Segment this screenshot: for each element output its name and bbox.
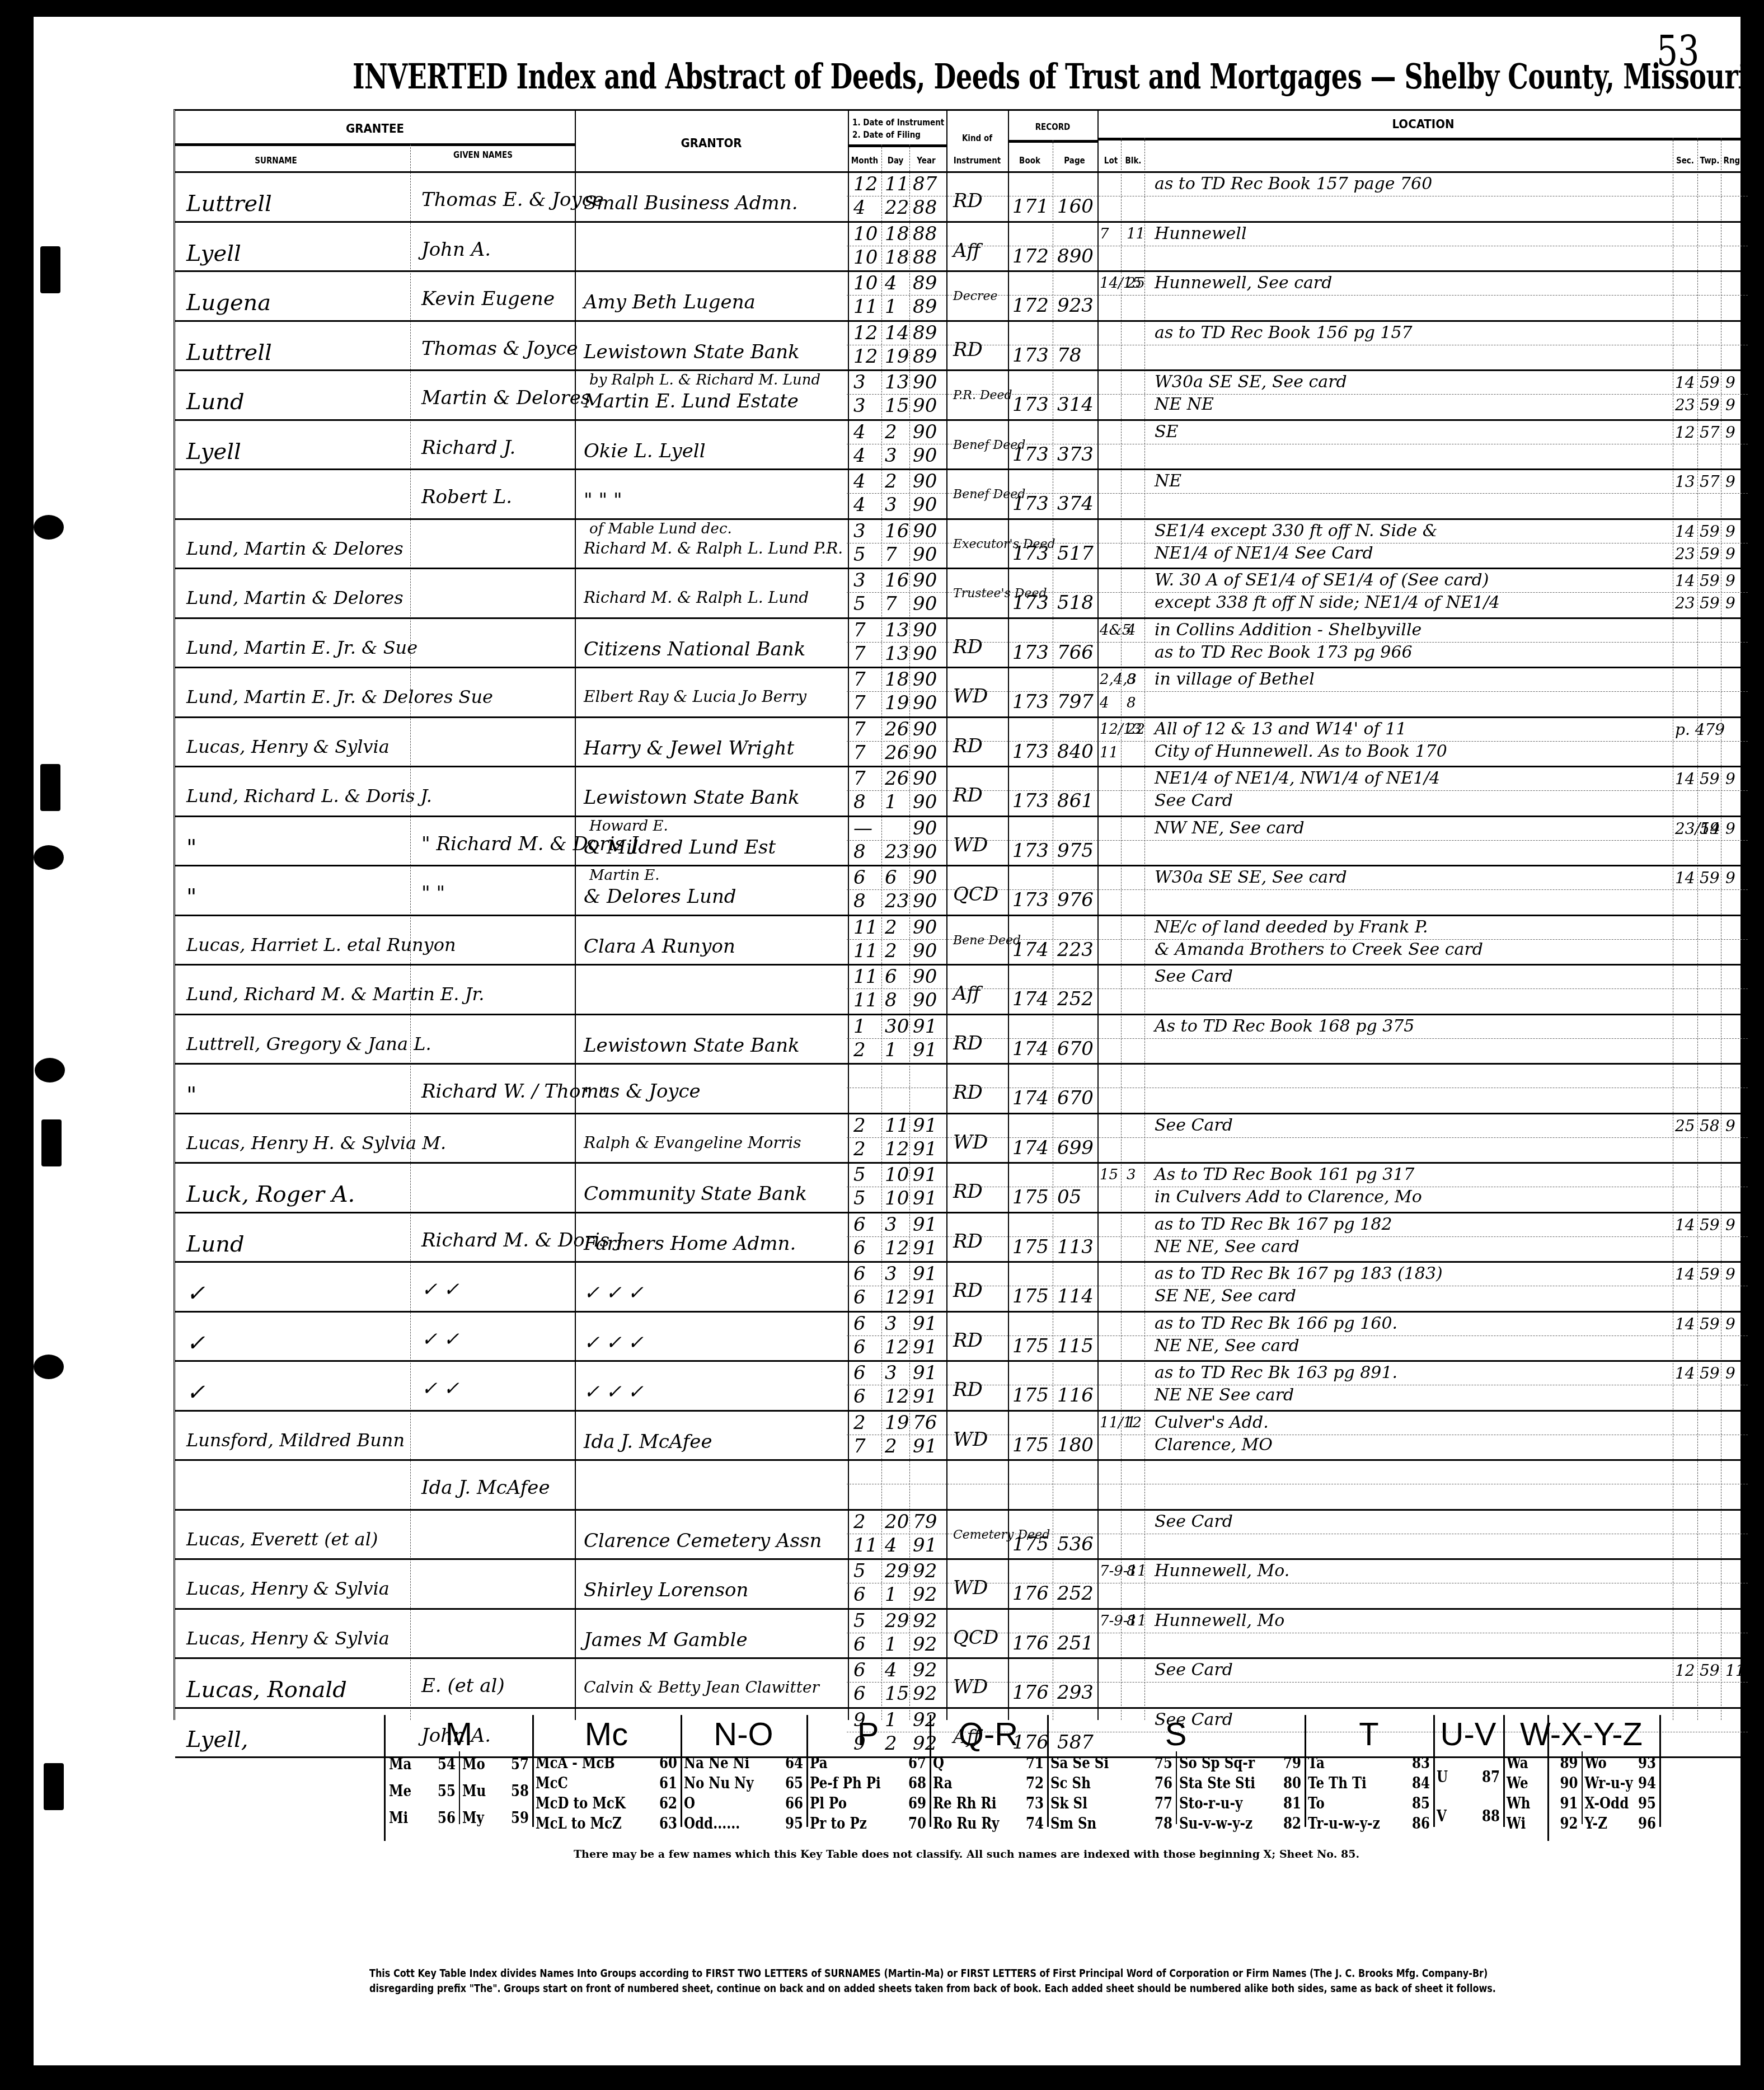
location-section: 14: [1675, 1316, 1695, 1332]
record-page: 840: [1057, 742, 1094, 761]
header-divider: [1099, 138, 1748, 140]
grantee-surname: Lucas, Harriet L. etal Runyon: [186, 936, 456, 954]
record-page: 180: [1057, 1436, 1094, 1455]
row-midline: [847, 394, 1748, 395]
key-table: There may be a few names which this Key …: [384, 1715, 1549, 1841]
header-bottom-line: [175, 171, 1748, 173]
grantee-surname: Lunsford, Mildred Bunn: [186, 1431, 405, 1449]
key-entry-letters: O: [684, 1794, 695, 1812]
binder-hole-icon: [34, 845, 64, 870]
record-book: 173: [1012, 891, 1049, 910]
location-block: 8: [1127, 696, 1136, 710]
location-description: W30a SE SE, See card: [1155, 374, 1347, 391]
key-entry: McA - McB 60: [536, 1754, 677, 1772]
date-filing: 90: [913, 941, 937, 960]
date-instrument: 90: [913, 720, 937, 739]
row-midline: [847, 1236, 1748, 1237]
date-filing: 89: [913, 347, 937, 366]
record-book: 173: [1012, 841, 1049, 860]
grantee-surname: Lund, Martin & Delores: [186, 540, 404, 557]
instrument-kind: WD: [953, 1677, 988, 1697]
header-day: Day: [881, 156, 909, 166]
key-entry: Wi 92: [1507, 1815, 1578, 1833]
key-entry-sheet: 64: [785, 1754, 803, 1772]
header-divider: [848, 144, 946, 147]
date-instrument: 90: [913, 373, 937, 392]
date-filing: 91: [913, 1338, 937, 1357]
location-description: NE NE, See card: [1155, 1239, 1299, 1255]
date-filing: 91: [913, 1189, 937, 1208]
date-instrument: 2: [885, 423, 897, 442]
date-instrument: —: [853, 819, 872, 838]
key-entry-sheet: 87: [1482, 1768, 1500, 1786]
instrument-kind: Bene Deed: [953, 935, 1021, 947]
row-midline: [847, 345, 1748, 345]
date-filing: 7: [853, 1437, 866, 1456]
date-filing: 5: [853, 594, 866, 613]
date-instrument: 3: [885, 1314, 897, 1333]
date-instrument: 91: [913, 1116, 937, 1135]
location-description: See Card: [1155, 968, 1233, 985]
record-book: 175: [1012, 1436, 1049, 1455]
grantor-name: Farmers Home Admn.: [584, 1234, 796, 1253]
key-entry-letters: We: [1507, 1774, 1528, 1792]
record-book: 172: [1012, 296, 1049, 315]
date-filing: 90: [913, 842, 937, 861]
location-range: 9: [1725, 870, 1735, 886]
grantee-given-names: ✓ ✓: [421, 1379, 459, 1398]
binder-hole-icon: [34, 1355, 64, 1379]
key-entry: Mo 57: [462, 1755, 529, 1773]
key-entry: My 59: [462, 1809, 529, 1827]
date-instrument: 87: [913, 175, 937, 194]
date-instrument: 89: [913, 274, 937, 293]
page-title: INVERTED Index and Abstract of Deeds, De…: [353, 56, 1747, 97]
key-column-divider: [459, 1751, 460, 1824]
date-instrument: 10: [885, 1165, 909, 1184]
record-book: 176: [1012, 1634, 1049, 1653]
date-instrument: 90: [913, 621, 937, 640]
key-group-heading: W-X-Y-Z: [1503, 1718, 1659, 1751]
record-page: 116: [1057, 1386, 1094, 1405]
location-lot: 4: [1100, 696, 1109, 710]
instrument-kind: RD: [953, 1034, 983, 1053]
location-description: All of 12 & 13 and W14' of 11: [1155, 721, 1406, 738]
key-entry-letters: Re Rh Ri: [933, 1794, 996, 1812]
date-filing: 6: [853, 1387, 866, 1406]
date-filing: 10: [885, 1189, 909, 1208]
key-entry-sheet: 80: [1283, 1774, 1301, 1792]
date-filing: 12: [853, 347, 878, 366]
footer-line-1: This Cott Key Table Index divides Names …: [369, 1966, 1477, 1981]
date-instrument: 3: [885, 1264, 897, 1283]
grantee-surname: Luck, Roger A.: [186, 1183, 355, 1206]
location-description: as to TD Rec Book 156 pg 157: [1155, 325, 1413, 341]
key-entry-sheet: 83: [1412, 1754, 1430, 1772]
key-entry-sheet: 88: [1482, 1807, 1500, 1825]
date-filing: 91: [913, 1437, 937, 1456]
location-range: 9: [1725, 375, 1735, 391]
key-entry: Sk Sl 77: [1050, 1794, 1172, 1812]
key-entry: Wo 93: [1585, 1754, 1657, 1772]
key-column-divider: [1582, 1751, 1583, 1824]
date-filing: 90: [913, 545, 937, 564]
location-township: 59: [1700, 870, 1720, 886]
key-entry: No Nu Ny 65: [684, 1774, 803, 1792]
instrument-kind: RD: [953, 1331, 983, 1350]
date-filing: 92: [913, 1585, 937, 1604]
key-entry: V 88: [1437, 1807, 1500, 1825]
date-instrument: 90: [913, 522, 937, 541]
date-filing: 91: [913, 1239, 937, 1258]
key-entry: Tr-u-w-y-z 86: [1308, 1815, 1430, 1833]
record-book: 174: [1012, 940, 1049, 959]
key-entry-letters: Na Ne Ni: [684, 1754, 749, 1772]
location-range: 9: [1725, 573, 1735, 589]
date-filing: 90: [913, 594, 937, 613]
record-book: 175: [1012, 1337, 1049, 1356]
date-instrument: 7: [853, 720, 866, 739]
key-entry-letters: Me: [389, 1782, 411, 1800]
key-entry-sheet: 94: [1638, 1774, 1656, 1792]
key-group-n-o: N-ONa Ne Ni 64No Nu Ny 65O 66Odd...... 9…: [681, 1715, 808, 1827]
key-entry-sheet: 86: [1412, 1815, 1430, 1833]
date-instrument: 3: [853, 522, 866, 541]
instrument-kind: QCD: [953, 1628, 998, 1647]
location-description: NE NE See card: [1155, 1387, 1294, 1404]
date-instrument: 90: [913, 918, 937, 937]
key-entry-sheet: 58: [511, 1782, 529, 1800]
date-filing: 6: [853, 1338, 866, 1357]
date-filing: 6: [853, 1684, 866, 1703]
date-instrument: 2: [853, 1116, 866, 1135]
record-page: 975: [1057, 841, 1094, 860]
record-book: 174: [1012, 1039, 1049, 1058]
key-entry-letters: Wh: [1507, 1794, 1531, 1812]
instrument-kind: RD: [953, 1182, 983, 1201]
record-book: 174: [1012, 990, 1049, 1009]
location-range: 9: [1725, 524, 1735, 540]
date-filing: 90: [913, 991, 937, 1010]
grantee-surname: ✓: [186, 1332, 205, 1355]
date-instrument: 90: [913, 423, 937, 442]
key-entry-sheet: 89: [1560, 1754, 1578, 1772]
date-filing: 12: [885, 1239, 909, 1258]
location-block: 11: [1127, 227, 1145, 241]
key-entry-letters: Mi: [389, 1809, 408, 1827]
key-entry-letters: Sa Se Si: [1050, 1754, 1109, 1772]
grantee-given-names: Martin & Delores: [421, 388, 590, 407]
grantor-name: & Mildred Lund Est: [584, 838, 776, 857]
date-filing: 1: [885, 1041, 897, 1060]
key-entry-sheet: 69: [908, 1794, 926, 1812]
location-township: 59: [1700, 573, 1720, 589]
date-instrument: 11: [885, 1116, 909, 1135]
record-book: 175: [1012, 1238, 1049, 1257]
key-entry: Odd...... 95: [684, 1815, 803, 1833]
location-description: in Culvers Add to Clarence, Mo: [1155, 1189, 1422, 1206]
header-grantor: GRANTOR: [575, 137, 848, 151]
date-filing: 1: [885, 1585, 897, 1604]
grantee-surname: Lucas, Henry H. & Sylvia M.: [186, 1134, 446, 1152]
date-filing: 13: [885, 644, 909, 663]
location-range: 9: [1725, 425, 1735, 441]
record-page: 373: [1057, 445, 1094, 464]
date-instrument: 20: [885, 1512, 909, 1531]
location-description: SE: [1155, 424, 1178, 441]
header-lot: Lot: [1100, 156, 1122, 166]
key-entry-sheet: 60: [659, 1754, 677, 1772]
scan-border-top: [0, 0, 1764, 17]
date-filing: 8: [853, 892, 866, 911]
record-book: 175: [1012, 1386, 1049, 1405]
date-filing: 11: [853, 941, 878, 960]
footer-line-2: disregarding prefix "The". Groups start …: [369, 1981, 1477, 1995]
record-page: 314: [1057, 395, 1094, 414]
grantee-given-names: Thomas & Joyce: [421, 339, 578, 358]
grantor-name: Small Business Admn.: [584, 194, 798, 213]
location-township: 59: [1700, 1316, 1720, 1332]
location-description: except 338 ft off N side; NE1/4 of NE1/4: [1155, 594, 1500, 611]
date-filing: 12: [885, 1140, 909, 1159]
key-entry-letters: Y-Z: [1585, 1815, 1607, 1833]
key-entry: Me 55: [389, 1782, 456, 1800]
date-filing: 22: [885, 198, 909, 217]
key-entry-letters: Sm Sn: [1050, 1815, 1096, 1833]
location-lot: 7-9-11: [1100, 1614, 1147, 1628]
date-filing: 15: [885, 1684, 909, 1703]
key-entry-sheet: 57: [511, 1755, 529, 1773]
instrument-kind: RD: [953, 1380, 983, 1399]
grantor-note: Howard E.: [589, 819, 668, 833]
key-group-t: TTa 83Te Th Ti 84To 85Tr-u-w-y-z 86: [1305, 1715, 1435, 1827]
key-entry: Mu 58: [462, 1782, 529, 1800]
row-midline: [847, 1484, 1748, 1484]
date-filing: 23: [885, 892, 909, 911]
key-entry-letters: Ro Ru Ry: [933, 1815, 999, 1833]
date-filing: 19: [885, 347, 909, 366]
header-twp: Twp.: [1699, 156, 1721, 166]
record-book: 173: [1012, 643, 1049, 662]
key-entry-letters: Sto-r-u-y: [1179, 1794, 1242, 1812]
key-entry-sheet: 56: [438, 1809, 456, 1827]
key-entry-sheet: 91: [1560, 1794, 1578, 1812]
date-instrument: 92: [913, 1661, 937, 1680]
location-description: as to TD Rec Bk 167 pg 182: [1155, 1216, 1392, 1233]
record-page: 699: [1057, 1138, 1094, 1158]
location-block: 8: [1127, 672, 1136, 687]
key-entry-letters: Ra: [933, 1774, 953, 1792]
record-page: 374: [1057, 494, 1094, 513]
date-instrument: 7: [853, 670, 866, 689]
key-entry-sheet: 95: [785, 1815, 803, 1833]
row-midline: [847, 741, 1748, 742]
location-range: 9: [1725, 474, 1735, 490]
grantor-name: Clarence Cemetery Assn: [584, 1531, 822, 1550]
key-group-p: PPa 67Pe-f Ph Pi 68Pl Po 69Pr to Pz 70: [806, 1715, 931, 1827]
binder-hole-icon: [40, 246, 60, 293]
key-column-divider: [1176, 1751, 1177, 1824]
date-instrument: 10: [853, 224, 878, 243]
location-block: 22: [1127, 722, 1145, 737]
location-township: 59: [1700, 596, 1720, 611]
location-section: 14: [1675, 524, 1695, 540]
row-midline: [847, 790, 1748, 791]
location-description: in village of Bethel: [1155, 671, 1315, 688]
date-filing: 11: [853, 1536, 878, 1555]
date-filing: 91: [913, 1140, 937, 1159]
key-group-mc: McMcA - McB 60McC 61McD to McK 62McL to …: [532, 1715, 682, 1827]
binder-hole-icon: [40, 764, 60, 811]
key-entry: U 87: [1437, 1768, 1500, 1786]
key-entry-sheet: 73: [1026, 1794, 1044, 1812]
key-entry-sheet: 71: [1026, 1754, 1044, 1772]
date-instrument: 29: [885, 1562, 909, 1581]
location-description: as to TD Rec Bk 166 pg 160.: [1155, 1315, 1397, 1332]
header-divider: [175, 143, 575, 146]
grantee-surname: Lucas, Henry & Sylvia: [186, 738, 390, 756]
location-section: 23: [1675, 397, 1695, 413]
date-filing: 12: [885, 1338, 909, 1357]
instrument-kind: QCD: [953, 885, 998, 904]
date-filing: 90: [913, 693, 937, 713]
key-entry-letters: Q: [933, 1754, 944, 1772]
key-entry: Wa 89: [1507, 1754, 1578, 1772]
date-instrument: 14: [885, 324, 909, 343]
grantor-name: Elbert Ray & Lucia Jo Berry: [584, 689, 806, 705]
date-instrument: 91: [913, 1017, 937, 1036]
key-entry-sheet: 92: [1560, 1815, 1578, 1833]
location-description: As to TD Rec Book 168 pg 375: [1155, 1018, 1414, 1035]
date-instrument: 16: [885, 571, 909, 590]
record-page: 78: [1057, 346, 1081, 365]
location-range: 9: [1725, 596, 1735, 611]
date-filing: 11: [853, 297, 878, 316]
date-instrument: 6: [853, 1314, 866, 1333]
scan-border-left: [0, 0, 11, 2090]
date-filing: 10: [853, 248, 878, 267]
key-entry: Pr to Pz 70: [810, 1815, 926, 1833]
location-description: NE: [1155, 473, 1181, 490]
date-instrument: 92: [913, 1611, 937, 1630]
date-instrument: 10: [853, 274, 878, 293]
date-filing: 4: [853, 446, 866, 465]
key-entry-letters: McD to McK: [536, 1794, 626, 1812]
key-entry: Ma 54: [389, 1755, 456, 1773]
date-instrument: 18: [885, 224, 909, 243]
key-entry: Te Th Ti 84: [1308, 1774, 1430, 1792]
key-entry-sheet: 90: [1560, 1774, 1578, 1792]
date-filing: 6: [853, 1635, 866, 1654]
date-instrument: 5: [853, 1611, 866, 1630]
key-entry-sheet: 79: [1283, 1754, 1301, 1772]
date-filing: 7: [853, 743, 866, 762]
record-book: 176: [1012, 1584, 1049, 1603]
key-entry: Wh 91: [1507, 1794, 1578, 1812]
scan-border-right: [1747, 0, 1764, 2090]
date-filing: 90: [913, 743, 937, 762]
key-entry-sheet: 76: [1155, 1774, 1172, 1792]
date-filing: 91: [913, 1288, 937, 1307]
row-midline: [847, 196, 1748, 196]
date-filing: 4: [853, 495, 866, 514]
location-township: 59: [1700, 1366, 1720, 1381]
date-filing: 2: [885, 1437, 897, 1456]
header-given-names: GIVEN NAMES: [416, 150, 550, 160]
key-entry-letters: Wa: [1507, 1754, 1528, 1772]
date-instrument: 3: [885, 1363, 897, 1383]
grantee-surname: Lund, Richard L. & Doris J.: [186, 787, 432, 805]
date-instrument: 91: [913, 1264, 937, 1283]
key-entry-sheet: 65: [785, 1774, 803, 1792]
record-page: 670: [1057, 1039, 1094, 1058]
date-filing: 88: [913, 248, 937, 267]
grantee-surname: ✓: [186, 1282, 205, 1305]
grantee-surname: Lugena: [186, 292, 271, 314]
record-page: 861: [1057, 791, 1094, 810]
instrument-kind: RD: [953, 1232, 983, 1251]
key-entry: McD to McK 62: [536, 1794, 677, 1812]
grantor-name: Calvin & Betty Jean Clawitter: [584, 1680, 819, 1695]
grantee-surname: Luttrell: [186, 341, 272, 364]
date-instrument: 91: [913, 1165, 937, 1184]
instrument-kind: RD: [953, 191, 983, 210]
grantor-name: ✓ ✓ ✓: [584, 1383, 644, 1402]
date-filing: 4: [885, 1536, 897, 1555]
grantor-name: ✓ ✓ ✓: [584, 1333, 644, 1352]
grantor-name: Lewistown State Bank: [584, 343, 800, 362]
record-book: 175: [1012, 1188, 1049, 1207]
date-filing: 91: [913, 1041, 937, 1060]
grantee-given-names: Richard J.: [421, 438, 515, 457]
date-filing: 3: [853, 396, 866, 415]
date-filing: 6: [853, 1288, 866, 1307]
date-filing: 1: [885, 793, 897, 812]
grantor-name: Clara A Runyon: [584, 937, 735, 956]
key-entry: Na Ne Ni 64: [684, 1754, 803, 1772]
location-range: 11: [1725, 1663, 1746, 1679]
grantor-note: by Ralph L. & Richard M. Lund: [589, 373, 820, 387]
grantee-surname: ": [186, 1084, 196, 1107]
key-entry: Pe-f Ph Pi 68: [810, 1774, 926, 1792]
key-entry-sheet: 61: [659, 1774, 677, 1792]
row-midline: [847, 642, 1748, 643]
row-midline: [847, 246, 1748, 246]
key-entry-letters: So Sp Sq-r: [1179, 1754, 1255, 1772]
row-midline: [847, 1335, 1748, 1336]
date-filing: 90: [913, 892, 937, 911]
date-instrument: 3: [885, 1215, 897, 1234]
date-filing: 5: [853, 545, 866, 564]
location-section: p. 479: [1675, 722, 1725, 738]
record-page: 114: [1057, 1287, 1094, 1306]
record-book: 172: [1012, 247, 1049, 266]
instrument-kind: WD: [953, 1430, 988, 1449]
ledger-table: GRANTEE SURNAME GIVEN NAMES GRANTOR 1. D…: [173, 109, 1749, 1720]
record-page: 518: [1057, 593, 1094, 612]
location-block: 8: [1127, 1614, 1136, 1628]
grantee-given-names: John A.: [421, 240, 491, 259]
grantor-name: Lewistown State Bank: [584, 1036, 800, 1055]
header-grantee: GRANTEE: [175, 122, 575, 136]
date-instrument: 5: [853, 1562, 866, 1581]
key-entry-sheet: 72: [1026, 1774, 1044, 1792]
date-instrument: 2: [885, 918, 897, 937]
binder-hole-icon: [35, 1058, 65, 1083]
date-filing: 90: [913, 793, 937, 812]
key-entry-letters: Ma: [389, 1755, 411, 1773]
key-entry-letters: Pe-f Ph Pi: [810, 1774, 881, 1792]
